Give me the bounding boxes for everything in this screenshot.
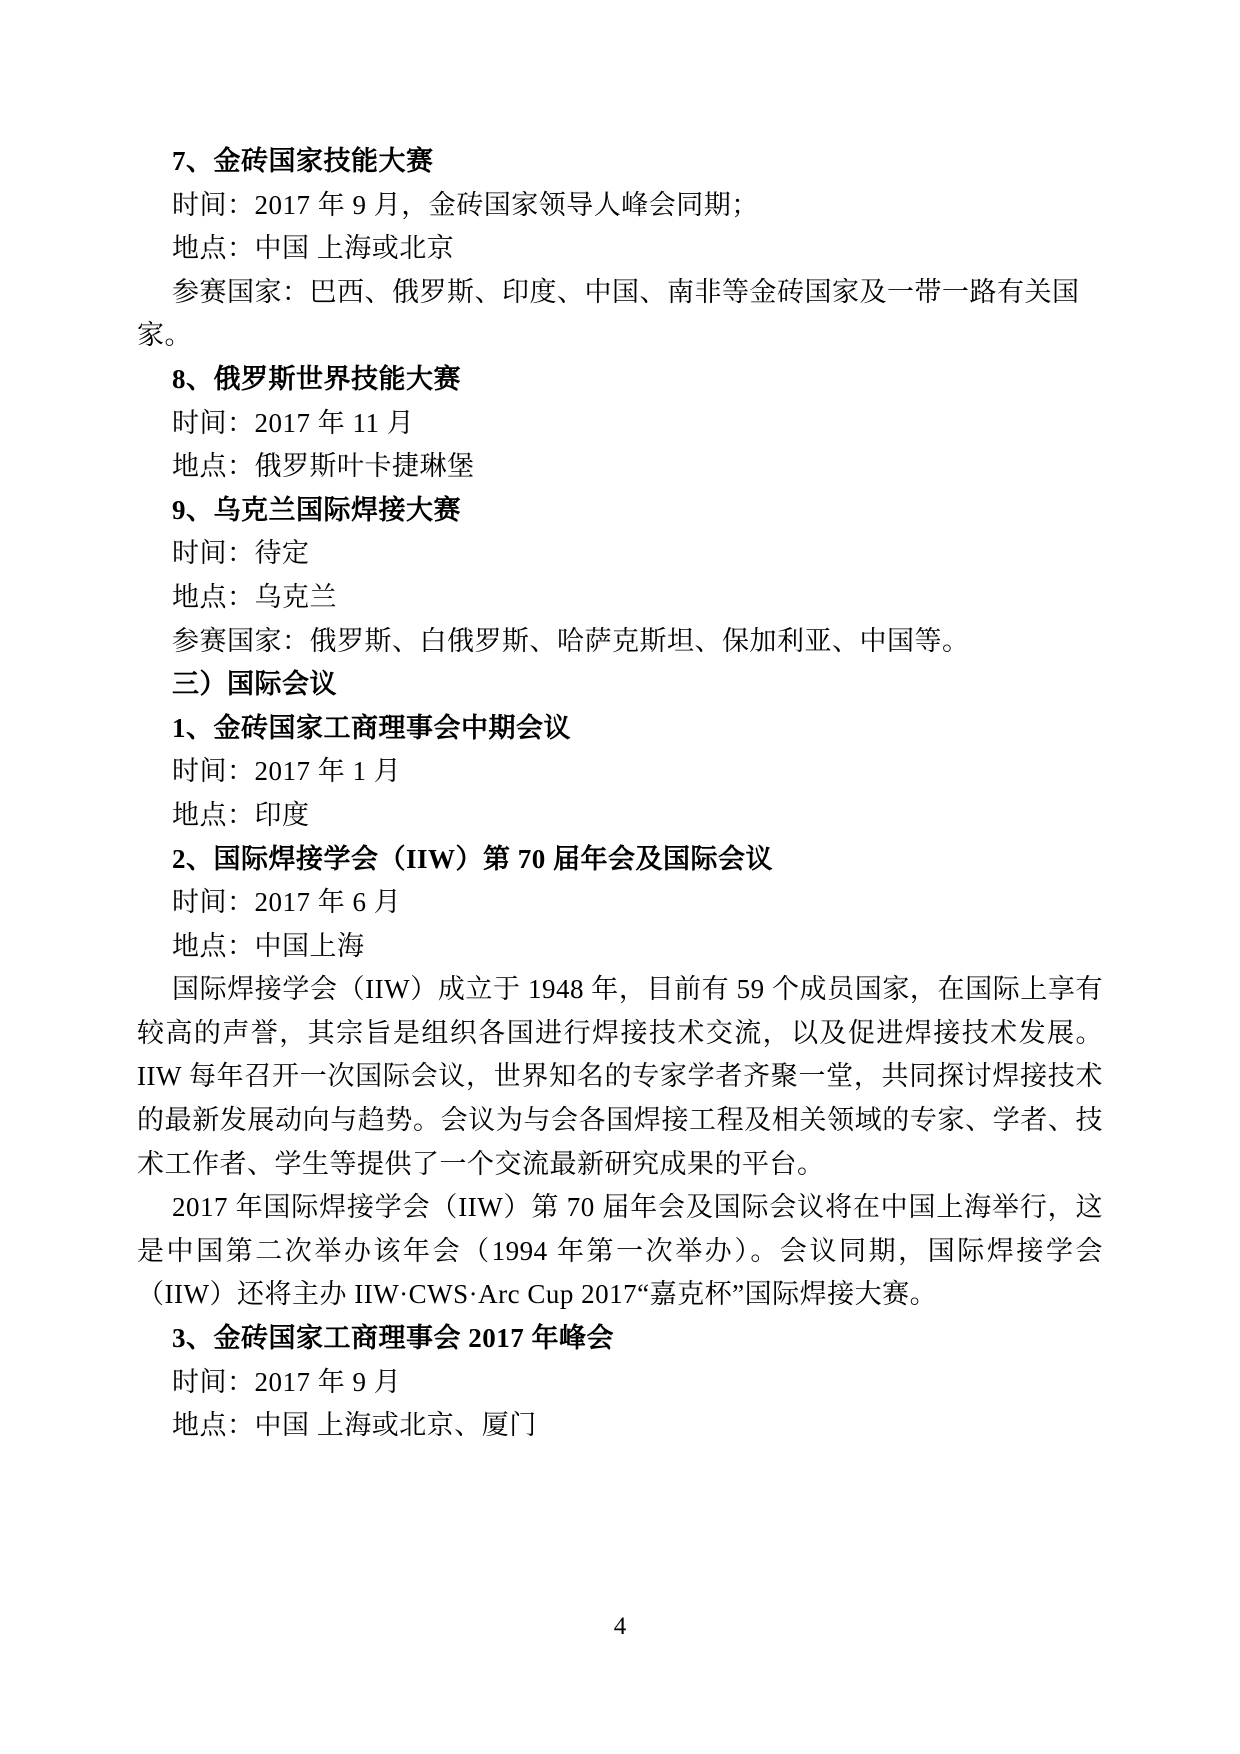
document-page: 7、金砖国家技能大赛时间：2017 年 9 月，金砖国家领导人峰会同期；地点：中…: [0, 0, 1240, 1754]
section-heading: 7、金砖国家技能大赛: [137, 140, 1103, 184]
section-heading: 3、金砖国家工商理事会 2017 年峰会: [137, 1317, 1103, 1361]
document-body: 7、金砖国家技能大赛时间：2017 年 9 月，金砖国家领导人峰会同期；地点：中…: [137, 140, 1103, 1448]
detail-line: 地点：中国上海: [137, 925, 1103, 969]
page-footer: 4: [0, 1612, 1240, 1642]
detail-line: 地点：印度: [137, 794, 1103, 838]
detail-line: 时间：2017 年 1 月: [137, 750, 1103, 794]
section-heading: 2、国际焊接学会（IIW）第 70 届年会及国际会议: [137, 838, 1103, 882]
page-number: 4: [614, 1613, 627, 1640]
body-paragraph: 国际焊接学会（IIW）成立于 1948 年，目前有 59 个成员国家，在国际上享…: [137, 968, 1103, 1186]
section-heading: 8、俄罗斯世界技能大赛: [137, 358, 1103, 402]
body-paragraph: 2017 年国际焊接学会（IIW）第 70 届年会及国际会议将在中国上海举行，这…: [137, 1186, 1103, 1317]
detail-line: 参赛国家：俄罗斯、白俄罗斯、哈萨克斯坦、保加利亚、中国等。: [137, 620, 1103, 664]
detail-line: 时间：2017 年 11 月: [137, 402, 1103, 446]
detail-line: 地点：俄罗斯叶卡捷琳堡: [137, 445, 1103, 489]
section-heading: 1、金砖国家工商理事会中期会议: [137, 707, 1103, 751]
detail-line: 地点：中国 上海或北京: [137, 227, 1103, 271]
detail-line: 时间：待定: [137, 532, 1103, 576]
detail-line: 时间：2017 年 9 月，金砖国家领导人峰会同期；: [137, 184, 1103, 228]
detail-line: 时间：2017 年 6 月: [137, 881, 1103, 925]
section-heading: 三）国际会议: [137, 663, 1103, 707]
detail-line: 参赛国家：巴西、俄罗斯、印度、中国、南非等金砖国家及一带一路有关国家。: [137, 271, 1103, 358]
detail-line: 地点：乌克兰: [137, 576, 1103, 620]
section-heading: 9、乌克兰国际焊接大赛: [137, 489, 1103, 533]
detail-line: 时间：2017 年 9 月: [137, 1361, 1103, 1405]
detail-line: 地点：中国 上海或北京、厦门: [137, 1404, 1103, 1448]
